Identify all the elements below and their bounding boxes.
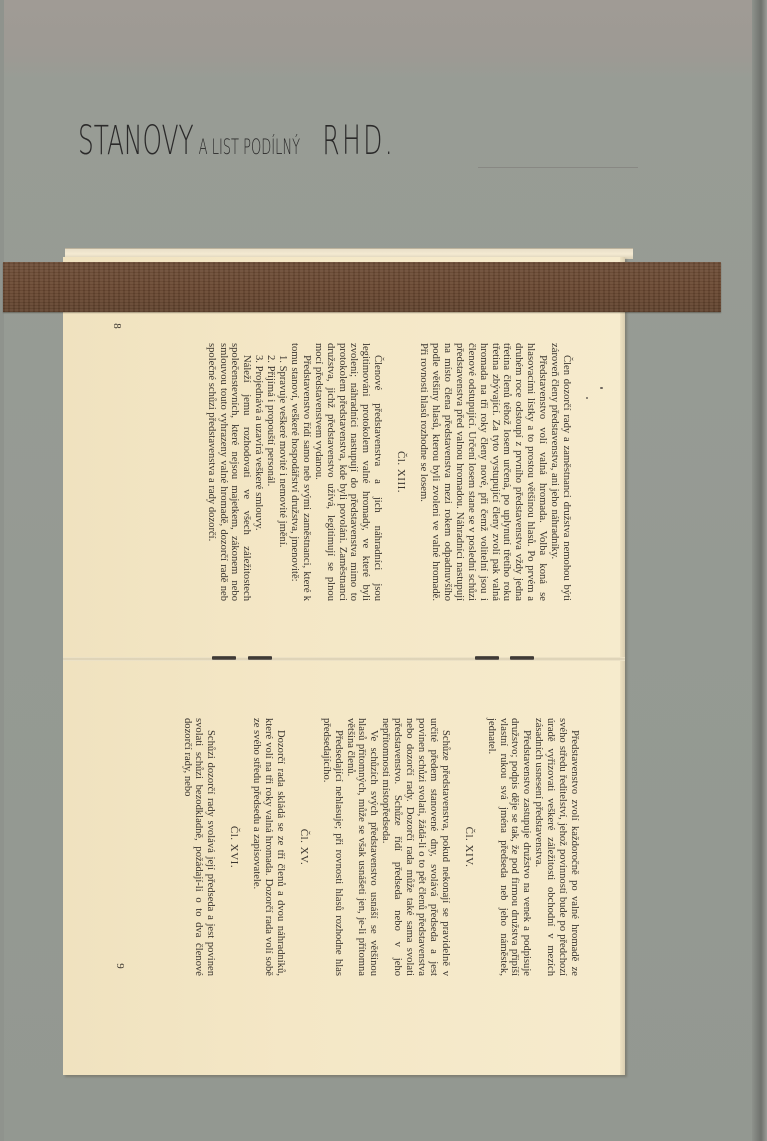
paragraph: Předsedající nehlasuje; při rovnosti hla… (320, 718, 344, 976)
page-9-text: Představenstvo zvolí každoročně po valné… (140, 718, 580, 976)
paragraph: Představenstvo řídí samo neb svými zaměs… (288, 343, 312, 601)
staple (510, 656, 534, 660)
handwritten-title: STANOVYA LIST PODÍLNÝRHD. (78, 118, 395, 164)
album-right-edge (752, 0, 767, 1141)
paragraph: Náleží jemu rozhodovati ve všech záležit… (205, 343, 253, 601)
paragraph: Dozorčí rada skládá se ze tří členů a dv… (250, 718, 286, 976)
paragraph: Ve schůzích svých představenstvo usnáší … (344, 718, 380, 976)
title-list-podilny: A LIST PODÍLNÝ (199, 135, 300, 159)
paragraph: Členové představenstva a jich náhradníci… (312, 343, 383, 601)
scan-left-edge (0, 0, 4, 1141)
paragraph: Představenstvo zastupuje družstvo na ven… (485, 718, 533, 976)
title-underline (478, 167, 638, 168)
page-number-8: 8 (111, 323, 123, 329)
paragraph: Člen dozorčí rady a zaměstnanci družstva… (548, 343, 572, 601)
center-fold (63, 657, 625, 661)
article-heading: Čl. XIV. (462, 718, 474, 976)
list-item: 2. Přijímá i propouští personál. (264, 343, 276, 601)
staple (248, 656, 272, 660)
paragraph: Schůzi dozorčí rady svolává její předsed… (181, 718, 217, 976)
paragraph: Představenstvo zvolí každoročně po valné… (532, 718, 580, 976)
paragraph: Schůze představenstva, pokud nekonají se… (379, 718, 450, 976)
paper-speck (586, 397, 588, 399)
staple (475, 656, 499, 660)
article-heading: Čl. XV. (297, 718, 309, 976)
article-heading: Čl. XIII. (394, 343, 406, 601)
page-number-9: 9 (114, 963, 126, 969)
paragraph: Představenstvo volí valná hromada. Volba… (417, 343, 548, 601)
page-8-text: Člen dozorčí rady a zaměstnanci družstva… (82, 343, 572, 601)
list-item: 1. Spravuje veškeré movité i nemovité jm… (276, 343, 288, 601)
list-item: 3. Projednává a uzavírá veškeré smlouvy. (252, 343, 264, 601)
staple (212, 656, 236, 660)
booklet-edge (620, 257, 625, 1075)
brown-binding-tape (3, 262, 721, 312)
title-stanovy: STANOVY (78, 118, 194, 164)
title-rhd: RHD. (322, 118, 395, 164)
article-heading: Čl. XVI. (227, 718, 239, 976)
paper-speck (600, 387, 603, 389)
